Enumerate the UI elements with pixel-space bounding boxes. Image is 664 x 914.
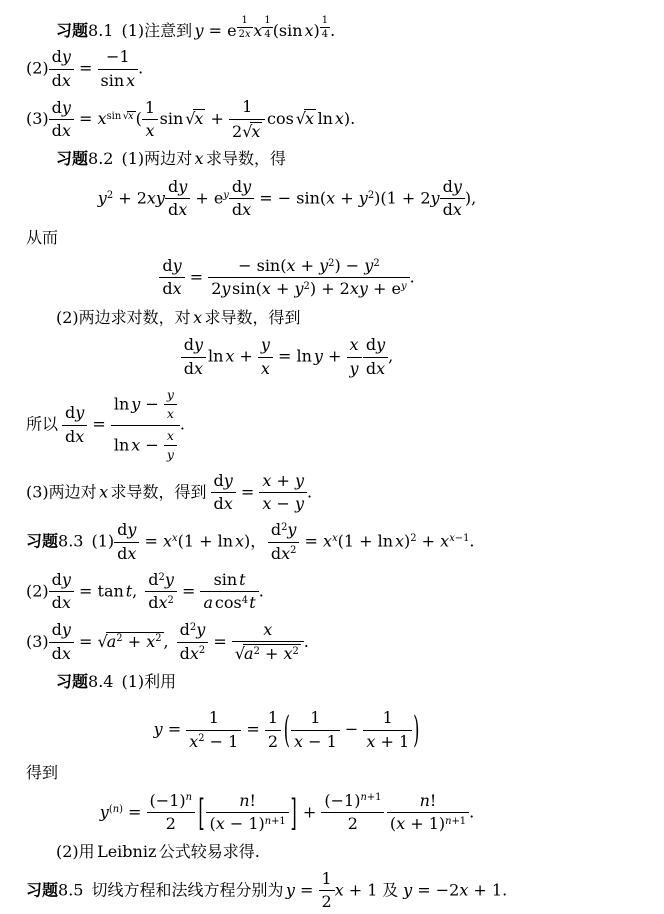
math-roman: d <box>148 593 158 612</box>
exercise-label: 习题 <box>56 21 88 40</box>
math-variable: y <box>167 447 174 462</box>
math-roman: d <box>443 177 453 196</box>
numerator: y <box>164 387 177 405</box>
math-variable: xy <box>350 279 368 298</box>
cjk-text: ， <box>250 532 266 551</box>
math-roman: (3) <box>26 482 49 501</box>
fraction: dydx <box>159 256 184 300</box>
cjk-text: 利用 <box>144 672 176 691</box>
math-roman: d <box>65 427 75 446</box>
superscript: 2 <box>292 647 298 657</box>
math-roman: − <box>140 394 164 413</box>
math-variable: x <box>326 188 335 207</box>
math-roman: ! <box>250 791 256 810</box>
math-roman: + 2 <box>113 188 147 207</box>
superscript: 12x <box>237 15 253 41</box>
math-roman: d <box>214 471 224 490</box>
math-roman: + e <box>190 188 223 207</box>
denominator: x <box>142 120 158 141</box>
math-roman: 8.2 <box>88 149 113 168</box>
fraction: 14 <box>320 15 330 41</box>
eq-ex8-4-nth-derivative: y(n) = (−1)n2[n!(x − 1)n+1] + (−1)n+12n!… <box>26 791 548 835</box>
superscript: 14 <box>320 15 330 41</box>
big-delimiter: [ <box>197 788 205 838</box>
math-variable: x <box>167 406 174 421</box>
numerator: dy <box>440 177 465 199</box>
math-roman: + <box>205 109 229 128</box>
numerator: dy <box>159 256 184 278</box>
eq-ex8-2-item1-implicit: y2 + 2xydydx + eydydx = − sin(x + y2)(1 … <box>26 177 548 221</box>
math-variable: x <box>253 21 262 40</box>
math-variable: n <box>186 792 192 803</box>
eq-ex8-2-item2-logdiff: dydxlnx + yx = lny + xydydx, <box>26 335 548 379</box>
denominator: x − y <box>259 493 307 514</box>
math-variable: x <box>159 593 168 612</box>
denominator: dx <box>62 426 87 447</box>
denominator: 4 <box>262 28 272 40</box>
math-roman: 2 <box>348 814 358 833</box>
superscript: n+1 <box>445 817 466 827</box>
math-roman: = <box>74 632 98 651</box>
math-roman: +1 <box>452 816 467 827</box>
big-delimiter: ) <box>412 705 420 755</box>
math-roman: 8.3 <box>58 532 83 551</box>
math-variable: y <box>224 471 233 490</box>
line-ex8-1-item1: 习题8.1(1)注意到y = e12xx14(sinx)14. <box>56 15 548 41</box>
math-roman: . <box>138 59 143 78</box>
exercise-label: 习题 <box>26 880 58 899</box>
superscript: n <box>186 793 192 803</box>
cjk-text: 切线方程和法线方程分别为 <box>91 880 283 899</box>
math-variable: x <box>128 111 134 122</box>
fraction: dydx <box>211 471 236 515</box>
math-roman: d <box>65 403 75 422</box>
math-variable: y <box>295 279 304 298</box>
fraction: yx <box>164 387 177 423</box>
math-variable: y <box>359 188 368 207</box>
math-variable: y <box>314 347 323 366</box>
denominator: 2√x <box>229 120 265 142</box>
denominator: y <box>347 358 362 379</box>
math-roman: d <box>52 98 62 117</box>
sqrt: √x <box>296 108 316 130</box>
math-variable: xy <box>147 188 165 207</box>
math-roman: (3) <box>26 109 49 128</box>
line-connector-dedao: 得到 <box>26 762 548 784</box>
math-variable: x <box>163 532 172 551</box>
math-roman: −1 <box>455 533 470 544</box>
numerator: 1 <box>319 869 335 891</box>
math-variable: x <box>235 532 244 551</box>
line-ex8-2-item2-result: 所以dydx = lny − yxlnx − xy. <box>26 386 548 464</box>
math-variable: x <box>173 279 182 298</box>
numerator: 1 <box>142 98 158 120</box>
fraction: sintacos4t <box>200 570 258 614</box>
math-variable: x <box>62 593 71 612</box>
denominator: dx <box>49 592 74 613</box>
fraction: dydx <box>114 520 139 564</box>
math-variable: y <box>364 256 373 275</box>
fraction: 12√x <box>229 97 265 142</box>
math-variable: x <box>366 732 375 751</box>
superscript: n+1 <box>360 793 381 803</box>
eq-ex8-2-item1-result: dydx = − sin(x + y2) − y22ysin(x + y2) +… <box>26 256 548 300</box>
line-ex8-3-item1: 习题8.3(1)dydx = xx(1 + lnx)，d2ydx2 = xx(1… <box>26 520 548 564</box>
math-variable: x <box>99 482 108 501</box>
math-roman: ) + 2 <box>310 279 350 298</box>
math-roman: )(1 + 2 <box>374 188 430 207</box>
math-roman: = <box>74 59 98 78</box>
numerator: lny − yx <box>111 386 180 426</box>
math-variable: x <box>283 644 292 663</box>
fraction: dydx <box>62 403 87 447</box>
numerator: d2y <box>177 620 209 642</box>
math-roman: 2 <box>322 892 332 911</box>
math-variable: x <box>323 532 332 551</box>
math-variable: y <box>127 520 136 539</box>
sqrt: √x <box>123 111 136 123</box>
math-roman: ). <box>344 109 355 128</box>
math-variable: x <box>335 109 344 128</box>
exercise-label: 习题 <box>56 149 88 168</box>
math-variable: x <box>225 347 234 366</box>
math-variable: x <box>126 71 135 90</box>
math-variable: x <box>62 121 71 140</box>
superscript: 2 <box>290 546 296 556</box>
numerator: d2y <box>268 520 300 542</box>
denominator: dx <box>181 358 206 379</box>
math-roman: cos <box>267 109 294 128</box>
fraction: lny − yxlnx − xy <box>111 386 180 464</box>
math-roman: sin <box>160 109 184 128</box>
cjk-text: 两边对 <box>144 149 192 168</box>
numerator: dy <box>49 620 74 642</box>
math-roman: 1 <box>209 708 219 727</box>
radicand: x <box>127 111 136 123</box>
math-roman: d <box>52 644 62 663</box>
math-variable: x <box>396 814 405 833</box>
math-roman: (3) <box>26 632 49 651</box>
line-ex8-2-item1-intro: 习题8.2(1)两边对x求导数，得 <box>56 148 548 170</box>
math-variable: y <box>195 21 204 40</box>
math-roman: +1 <box>367 792 382 803</box>
cjk-text: 求导数，得 <box>206 149 286 168</box>
math-variable: y <box>350 359 359 378</box>
cjk-text: 求导数，得到 <box>111 482 207 501</box>
cjk-text: 求导数，得到 <box>205 308 301 327</box>
math-variable: x <box>193 308 202 327</box>
numerator: dy <box>165 177 190 199</box>
math-roman: d <box>117 544 127 563</box>
math-roman: ln <box>208 347 223 366</box>
numerator: dy <box>114 520 139 542</box>
math-roman: d <box>443 200 453 219</box>
denominator: dx <box>363 358 388 379</box>
math-variable: x <box>262 279 271 298</box>
denominator: x <box>258 358 273 379</box>
sqrt: √x <box>242 122 262 141</box>
math-roman: 1 <box>322 15 328 26</box>
denominator: dx2 <box>177 643 209 664</box>
math-variable: x <box>453 200 462 219</box>
numerator: n! <box>387 791 469 813</box>
denominator: 2 <box>265 731 281 752</box>
fraction: dydx <box>49 570 74 614</box>
math-roman: + <box>298 802 322 821</box>
math-roman: = <box>236 482 260 501</box>
numerator: n! <box>206 791 288 813</box>
math-roman: . <box>180 415 185 434</box>
radicand: x <box>250 122 262 141</box>
math-variable: y <box>194 335 203 354</box>
math-roman: . <box>307 482 312 501</box>
math-roman: − 1 <box>303 732 337 751</box>
numerator: dy <box>62 403 87 425</box>
math-roman: ! <box>430 791 436 810</box>
math-roman: +1 <box>271 816 286 827</box>
numerator: 1 <box>229 97 265 119</box>
math-variable: y <box>431 188 440 207</box>
denominator: dx <box>159 278 184 299</box>
document-page: 习题8.1(1)注意到y = e12xx14(sinx)14. (2)dydx … <box>0 0 664 914</box>
math-roman: (2) <box>26 59 49 78</box>
math-variable: x <box>395 532 404 551</box>
math-roman: 1 <box>268 708 278 727</box>
math-roman: 2 <box>211 279 221 298</box>
superscript: 2 <box>373 259 379 269</box>
fraction: dydx <box>440 177 465 221</box>
math-roman: − 1) <box>225 814 265 833</box>
denominator: 2ysin(x + y2) + 2xy + ey <box>208 278 409 299</box>
math-variable: x <box>62 71 71 90</box>
denominator: x − 1 <box>291 731 340 752</box>
math-variable: x <box>335 880 344 899</box>
math-roman: ln <box>114 435 129 454</box>
fraction: 12 <box>319 869 335 913</box>
math-roman: 2 <box>168 595 174 606</box>
superscript: y <box>401 282 407 292</box>
numerator: 1 <box>265 708 281 730</box>
math-roman: = e <box>204 21 237 40</box>
math-variable: t <box>239 570 245 589</box>
numerator: y <box>258 335 273 357</box>
math-variable: x <box>131 435 140 454</box>
numerator: 1 <box>291 708 340 730</box>
math-variable: y <box>453 177 462 196</box>
math-roman: ln <box>318 109 333 128</box>
fraction: −1sinx <box>98 47 139 91</box>
math-variable: x <box>251 122 260 141</box>
math-variable: y <box>286 880 295 899</box>
math-roman: = tan <box>74 581 124 600</box>
fraction: dydx <box>181 335 206 379</box>
math-roman: d <box>52 121 62 140</box>
numerator: 1 <box>186 708 241 730</box>
math-roman: , <box>132 581 137 600</box>
math-roman: 1 <box>322 869 332 888</box>
math-variable: x <box>146 632 155 651</box>
math-roman: 4 <box>242 595 248 606</box>
math-roman: = <box>163 720 187 739</box>
cjk-text: 用 <box>79 842 95 861</box>
math-variable: x <box>224 494 233 513</box>
math-roman: + <box>335 188 359 207</box>
exercise-label: 习题 <box>56 672 88 691</box>
math-roman: . <box>410 267 415 286</box>
superscript: 4 <box>242 596 248 606</box>
exercise-label: 习题 <box>26 532 58 551</box>
math-roman: d <box>52 71 62 90</box>
fraction: yx <box>258 335 273 379</box>
numerator: dy <box>49 98 74 120</box>
line-ex8-2-item3: (3)两边对x求导数，得到dydx = x + yx − y. <box>26 471 548 515</box>
math-roman: d <box>184 359 194 378</box>
math-variable: x <box>305 109 314 128</box>
math-roman: ln <box>114 394 129 413</box>
math-roman: d <box>52 593 62 612</box>
line-ex8-4-item2: (2)用Leibniz公式较易求得. <box>56 841 548 863</box>
math-roman: = <box>87 415 111 434</box>
math-roman: − <box>340 720 364 739</box>
math-roman: + 1 <box>344 880 378 899</box>
fraction: 14 <box>262 15 272 41</box>
big-delimiter: ( <box>283 705 291 755</box>
math-roman: = <box>123 802 147 821</box>
line-ex8-1-item3: (3)dydx = xsin√x(1xsin√x + 12√xcos√xlnx)… <box>26 97 548 142</box>
math-roman: d <box>148 570 158 589</box>
math-variable: n <box>239 791 249 810</box>
denominator: dx <box>49 120 74 141</box>
math-roman: = <box>185 267 209 286</box>
math-roman: = − sin( <box>254 188 326 207</box>
denominator: (x − 1)n+1 <box>206 813 288 834</box>
denominator: dx <box>440 199 465 220</box>
math-variable: y <box>75 403 84 422</box>
denominator: x + 1 <box>363 731 412 752</box>
math-roman: 1 <box>383 708 393 727</box>
math-roman: . <box>330 21 335 40</box>
fraction: dydx <box>165 177 190 221</box>
math-variable: n <box>420 791 430 810</box>
denominator: dx <box>211 493 236 514</box>
math-variable: x <box>304 21 313 40</box>
math-roman: + <box>296 256 320 275</box>
sqrt: √x <box>185 108 205 130</box>
denominator: 2 <box>319 891 335 912</box>
fraction: 1x + 1 <box>363 708 412 752</box>
numerator: dy <box>181 335 206 357</box>
fraction: dydx <box>49 98 74 142</box>
math-variable: x <box>62 644 71 663</box>
math-roman: − <box>140 435 164 454</box>
denominator: 2 <box>147 813 195 834</box>
math-variable: y <box>287 520 296 539</box>
math-roman: (1) <box>121 21 144 40</box>
numerator: dy <box>363 335 388 357</box>
superscript: 2 <box>155 634 161 644</box>
denominator: dx <box>49 70 74 91</box>
math-variable: y <box>167 387 174 402</box>
math-roman: (1) <box>121 149 144 168</box>
math-roman: 1 <box>145 98 155 117</box>
math-roman: d <box>366 335 376 354</box>
numerator: dy <box>211 471 236 493</box>
denominator: 2 <box>321 813 384 834</box>
math-roman: d <box>52 620 62 639</box>
sqrt: √a2 + x2 <box>98 631 164 653</box>
math-roman: 8.1 <box>88 21 113 40</box>
fraction: dydx <box>229 177 254 221</box>
math-roman: 1 <box>264 15 270 26</box>
math-variable: y <box>261 335 270 354</box>
denominator: x <box>164 405 177 422</box>
fraction: 1x <box>142 98 158 142</box>
numerator: (−1)n <box>147 791 195 813</box>
math-roman: d <box>162 256 172 275</box>
math-variable: y <box>196 620 205 639</box>
sqrt: √a2 + x2 <box>235 644 301 663</box>
math-roman: + 1. <box>468 880 507 899</box>
math-roman: d <box>232 177 242 196</box>
math-roman: 2 <box>166 814 176 833</box>
math-roman: − <box>271 494 295 513</box>
denominator: acos4t <box>200 592 258 613</box>
math-variable: x <box>350 335 359 354</box>
math-roman: d <box>232 200 242 219</box>
math-roman: d <box>168 177 178 196</box>
math-roman: + <box>123 632 147 651</box>
math-variable: x <box>286 256 295 275</box>
fraction: (−1)n2 <box>147 791 195 835</box>
math-variable: x <box>167 428 174 443</box>
radicand: a2 + x2 <box>243 644 301 663</box>
denominator: dx <box>114 543 139 564</box>
math-variable: x <box>440 532 449 551</box>
math-variable: x <box>195 149 204 168</box>
math-roman: −1 <box>106 47 130 66</box>
math-roman: sin <box>214 570 238 589</box>
cjk-text: 两边求对数，对 <box>79 308 191 327</box>
numerator: dy <box>49 47 74 69</box>
superscript: sin√x <box>107 111 136 123</box>
superscript: 2 <box>168 596 174 606</box>
math-roman: 1 <box>310 708 320 727</box>
math-roman: 2 <box>292 646 298 657</box>
numerator: x <box>232 620 304 642</box>
math-roman: + <box>323 347 347 366</box>
radicand: x <box>193 109 205 128</box>
fraction: − sin(x + y2) − y22ysin(x + y2) + 2xy + … <box>208 256 409 300</box>
fraction: x + yx − y <box>259 471 307 515</box>
numerator: (−1)n+1 <box>321 791 384 813</box>
math-roman: cos <box>215 593 242 612</box>
math-variable: t <box>249 593 255 612</box>
math-variable: a <box>244 644 254 663</box>
math-roman: − 1 <box>205 732 239 751</box>
math-roman: (2) <box>56 308 79 327</box>
denominator: √a2 + x2 <box>232 642 304 664</box>
math-roman: (2) <box>56 842 79 861</box>
math-variable: x <box>190 644 199 663</box>
line-ex8-4-item1-intro: 习题8.4(1)利用 <box>56 671 548 693</box>
fraction: xy <box>164 428 177 464</box>
numerator: dy <box>49 570 74 592</box>
math-roman: ) − <box>334 256 364 275</box>
numerator: 1 <box>363 708 412 730</box>
denominator: dx <box>229 199 254 220</box>
numerator: −1 <box>98 47 139 69</box>
radicand: x <box>304 109 316 128</box>
